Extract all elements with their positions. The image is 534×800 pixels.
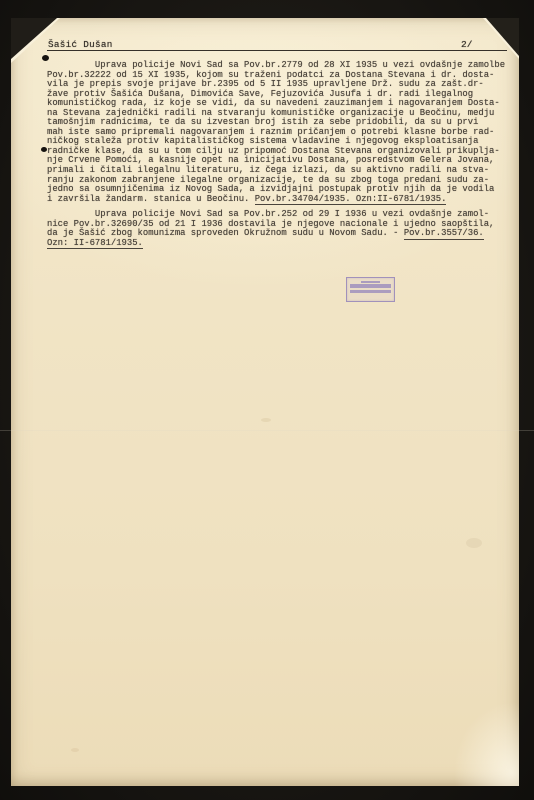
document-title: Šašić Dušan [48,39,113,50]
paper-sheen-bottom-right [449,696,519,786]
text-line: Ozn: II-6781/1935. [47,239,509,249]
underlined-reference: Pov.br.3557/36. [404,228,484,240]
underlined-reference: Pov.br.34704/1935. Ozn:II-6781/1935. [255,194,447,206]
archive-stamp [346,277,395,302]
stamp-text-line [361,281,381,283]
scanned-document-screenshot: Šašić Dušan 2/ Uprava policije Novi Sad … [0,0,534,800]
paragraph: Uprava policije Novi Sad sa Pov.br.252 o… [47,210,509,248]
document-header: Šašić Dušan 2/ [47,37,507,51]
paper-blemish [466,538,482,548]
page-number: 2/ [461,39,472,50]
stamp-text-line [350,284,390,288]
typewritten-text-body: Uprava policije Novi Sad sa Pov.br.2779 … [47,61,509,254]
paragraph: Uprava policije Novi Sad sa Pov.br.2779 … [47,61,509,204]
document-page: Šašić Dušan 2/ Uprava policije Novi Sad … [11,18,519,786]
text-line: i završila žandarm. stanica u Beočinu. P… [47,195,509,205]
paper-blemish [71,748,79,752]
stamp-text-line [350,290,390,294]
scan-seam-line [0,430,534,431]
paper-blemish [261,418,271,422]
underlined-reference: Ozn: II-6781/1935. [47,238,143,250]
